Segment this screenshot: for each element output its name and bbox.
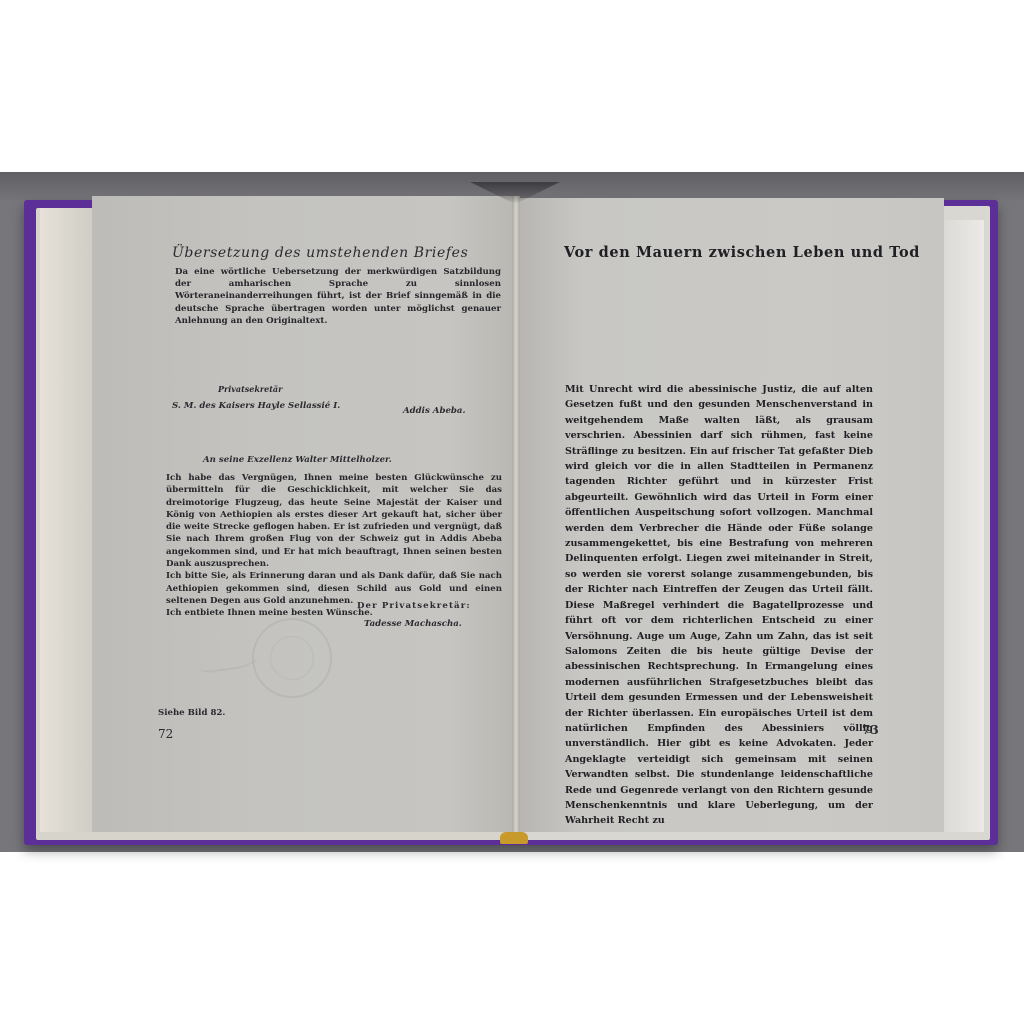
- chapter-body: Mit Unrecht wird die abessinische Justiz…: [565, 382, 873, 829]
- letter-salutation: An seine Exzellenz Walter Mittelholzer.: [203, 455, 392, 465]
- headband: [500, 832, 528, 844]
- left-fore-edge: [40, 208, 92, 832]
- letter-place: Addis Abeba.: [403, 406, 466, 416]
- book-gutter: [512, 196, 520, 836]
- page-number-left: 72: [158, 727, 173, 741]
- chapter-title: Vor den Mauern zwischen Leben und Tod: [564, 244, 920, 261]
- figure-reference: Siehe Bild 82.: [158, 708, 225, 718]
- page-number-right: 73: [862, 723, 879, 737]
- letter-paragraph: Ich habe das Vergnügen, Ihnen meine best…: [166, 472, 502, 570]
- signature-title: Der Privatsekretär:: [357, 601, 471, 611]
- signature-name: Tadesse Machascha.: [364, 619, 462, 629]
- left-page-title: Übersetzung des umstehenden Briefes: [172, 245, 468, 261]
- letter-body: Ich habe das Vergnügen, Ihnen meine best…: [166, 472, 502, 620]
- translation-note: Da eine wörtliche Uebersetzung der merkw…: [175, 266, 501, 327]
- right-fore-edge: [944, 220, 984, 832]
- seal-stamp-inner-icon: [270, 636, 314, 680]
- sender-name: S. M. des Kaisers Hayle Sellassié I.: [172, 401, 340, 411]
- sender-label: Privatsekretär: [218, 384, 282, 394]
